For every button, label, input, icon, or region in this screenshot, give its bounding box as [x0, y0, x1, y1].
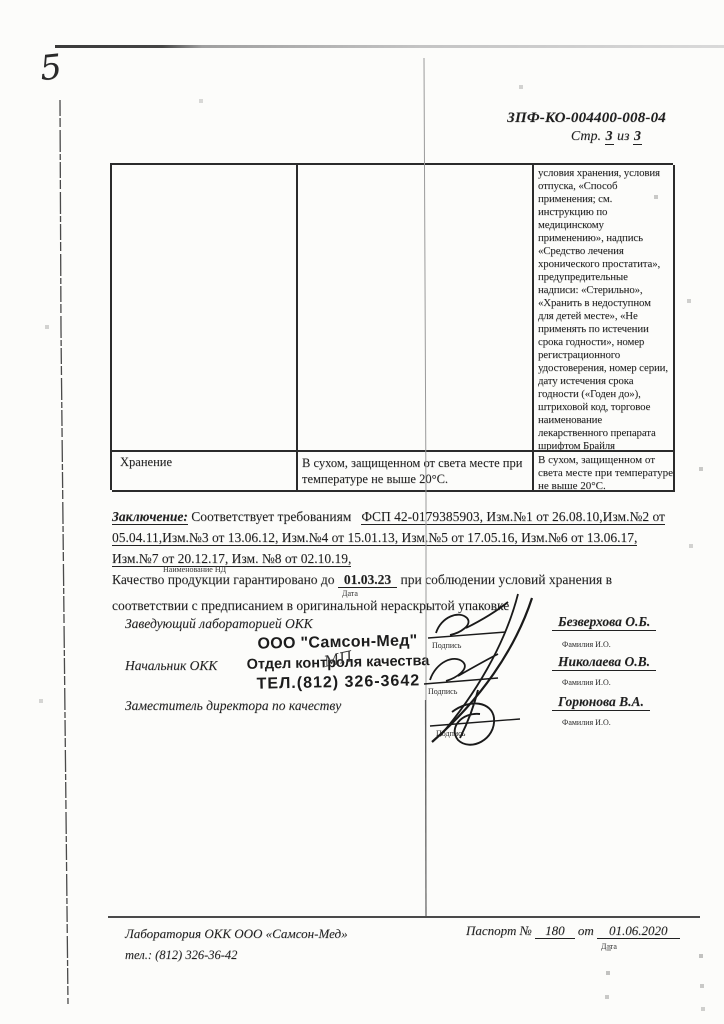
page-total: 3: [633, 129, 642, 145]
passport-ot-label: от: [578, 923, 594, 938]
signature-line-1: [428, 632, 506, 638]
signature-scribble-sweep-1: [432, 598, 532, 742]
conclusion-paragraph: Заключение: Соответствует требованиямФСП…: [112, 506, 678, 569]
signature-caption-1: Подпись: [432, 641, 461, 650]
signature-scribble-2: [430, 654, 498, 681]
conclusion-label: Заключение:: [112, 509, 188, 525]
signatory-title-deputy-director: Заместитель директора по качеству: [125, 698, 341, 714]
scanned-document-page: 5 ЗПФ-КО-004400-008-04 Стр. 3 из 3 услов…: [0, 0, 724, 1024]
footer-rule: [108, 916, 700, 918]
name-caption-1: Фамилия И.О.: [562, 640, 611, 649]
guarantee-after-date: при соблюдении условий хранения в: [401, 572, 612, 587]
table-cell-storage-conditions: В сухом, защищенном от света месте при т…: [298, 452, 534, 492]
guarantee-date-caption: Дата: [342, 589, 358, 598]
table-cell-storage-label: Хранение: [112, 452, 298, 492]
signature-line-3: [430, 719, 520, 726]
signatory-name-1: Безверхова О.Б.: [552, 614, 656, 631]
handwritten-page-number: 5: [38, 47, 64, 89]
page-number: 3: [605, 129, 614, 145]
signature-scribble-sweep-2: [440, 594, 518, 736]
passport-date: 01.06.2020: [597, 923, 680, 939]
signature-caption-3: Подпись: [436, 729, 465, 738]
stamp-phone: ТЕЛ.(812) 326-3642: [246, 672, 430, 694]
conclusion-nd-line1: ФСП 42-0179385903, Изм.№1 от 26.08.10,Из…: [361, 509, 665, 525]
doc-code: ЗПФ-КО-004400-008-04: [418, 110, 666, 127]
footer-lab-name: Лаборатория ОКК ООО «Самсон-Мед»: [125, 926, 348, 942]
footer-lab-phone: тел.: (812) 326-36-42: [125, 948, 237, 963]
table-cell-r1c1: [112, 165, 298, 452]
conclusion-intro: Соответствует требованиям: [188, 509, 351, 524]
guarantee-line1: Качество продукции гарантировано до 01.0…: [112, 572, 612, 588]
footer-passport-line: Паспорт № 180 от 01.06.2020: [466, 923, 680, 939]
signature-line-2: [424, 678, 498, 684]
guarantee-date: 01.03.23: [338, 572, 397, 588]
footer-date-caption: Дата: [601, 942, 617, 951]
page-indicator: Стр. 3 из 3: [418, 129, 666, 145]
passport-label: Паспорт №: [466, 923, 532, 938]
table-cell-storage-conditions-right: В сухом, защищенном от света месте при т…: [534, 452, 675, 492]
header-rule: [55, 45, 724, 48]
specification-table: условия хранения, условия отпуска, «Спос…: [110, 163, 673, 490]
signatory-name-2: Николаева О.В.: [552, 654, 656, 671]
fold-line-left: [60, 100, 68, 1004]
signatory-title-okk-chief: Начальник ОКК: [125, 658, 217, 674]
document-header: ЗПФ-КО-004400-008-04 Стр. 3 из 3: [418, 110, 666, 145]
conclusion-nd-line3: Изм.№7 от 20.12.17, Изм. №8 от 02.10.19,: [112, 551, 351, 567]
scan-speckles: [0, 0, 2, 2]
signatory-title-lab-head: Заведующий лабораторией ОКК: [125, 616, 313, 632]
table-cell-r1c2: [298, 165, 534, 452]
signature-caption-2: Подпись: [428, 687, 457, 696]
passport-number: 180: [535, 923, 575, 939]
conclusion-nd-line2: 05.04.11,Изм.№3 от 13.06.12, Изм.№4 от 1…: [112, 530, 637, 546]
page-separator: из: [617, 129, 629, 144]
guarantee-line2: соответствии с предписанием в оригинальн…: [112, 598, 509, 614]
page-prefix: Стр.: [571, 129, 601, 144]
name-caption-2: Фамилия И.О.: [562, 678, 611, 687]
guarantee-before-date: Качество продукции гарантировано до: [112, 572, 335, 587]
table-cell-labeling-requirements: условия хранения, условия отпуска, «Спос…: [534, 165, 675, 452]
fold-line-center-dark: [426, 700, 427, 916]
signatory-name-3: Горюнова В.А.: [552, 694, 650, 711]
name-caption-3: Фамилия И.О.: [562, 718, 611, 727]
